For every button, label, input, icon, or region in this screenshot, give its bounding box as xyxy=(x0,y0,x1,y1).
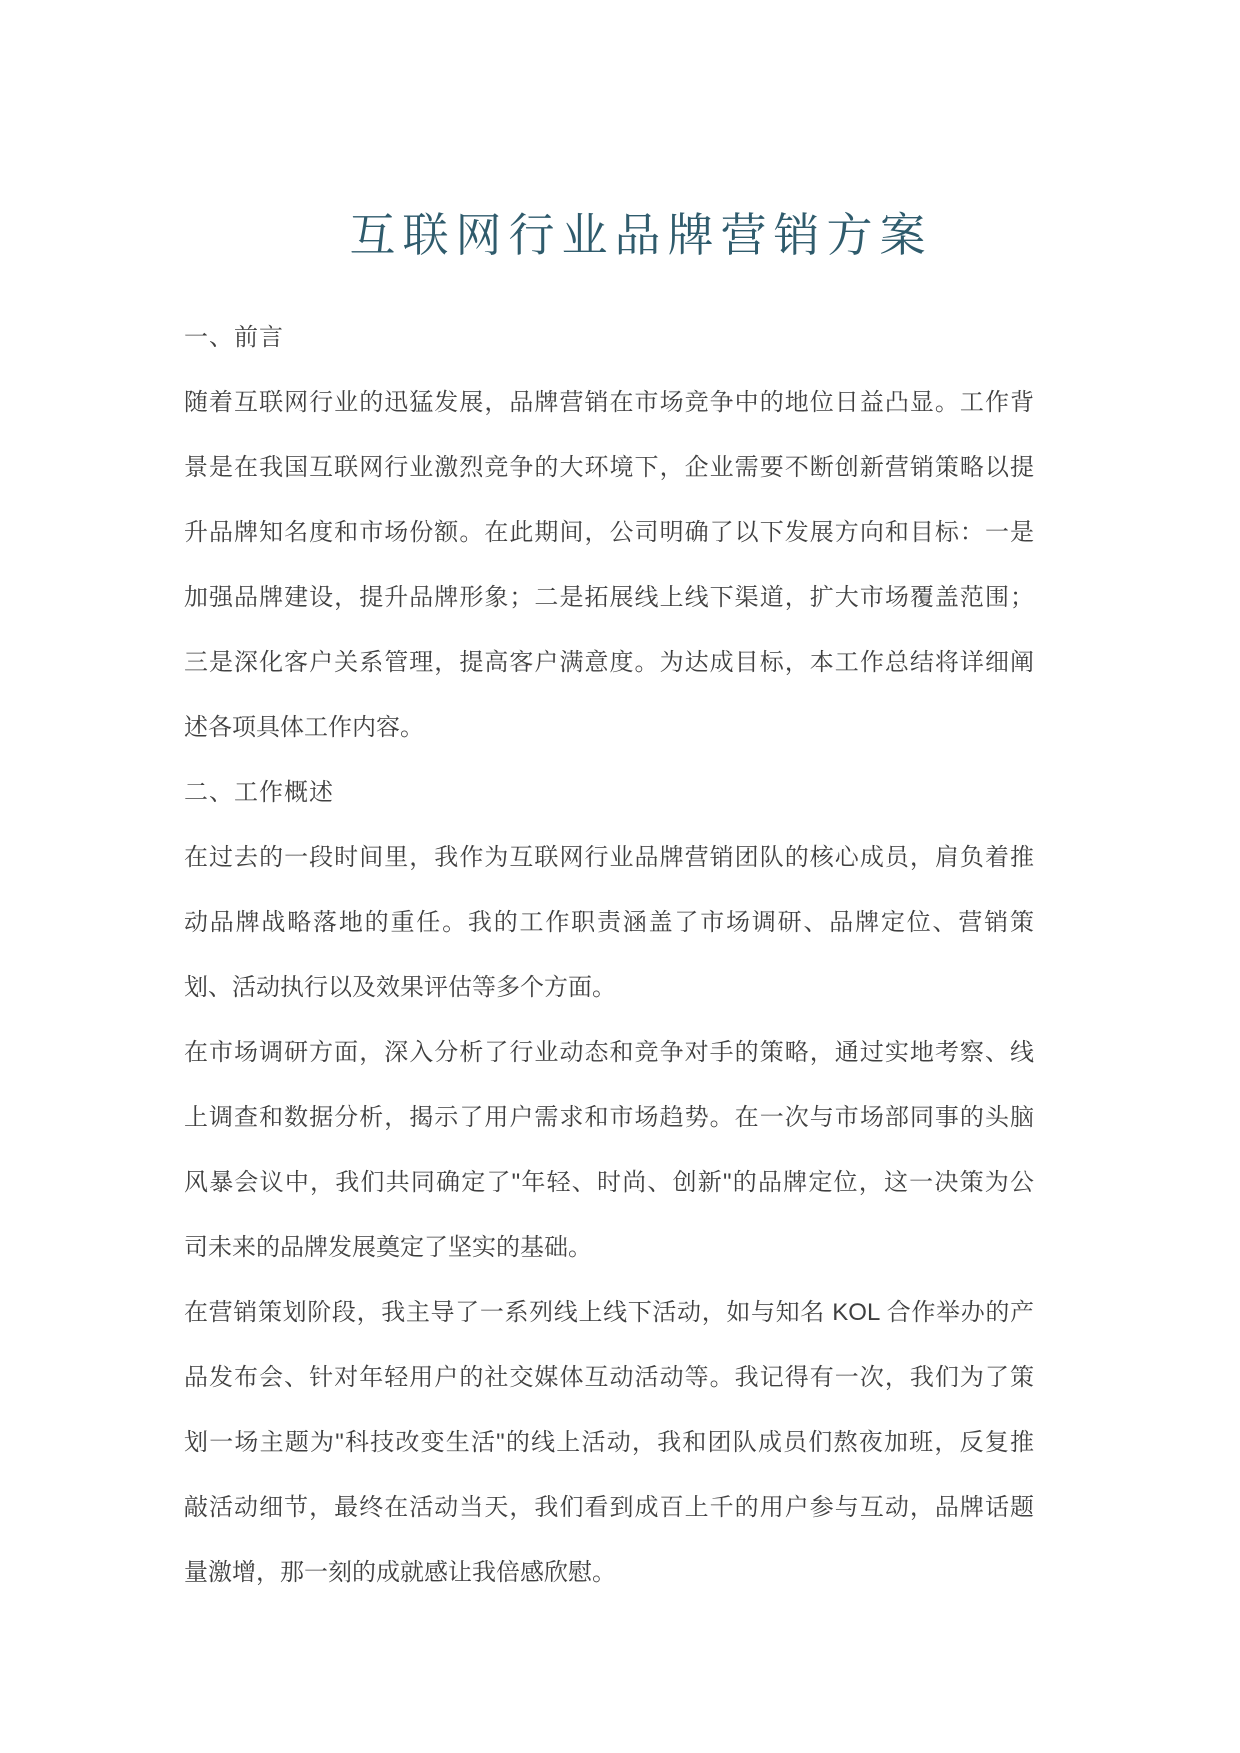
document-body: 一、前言随着互联网行业的迅猛发展，品牌营销在市场竞争中的地位日益凸显。工作背景是… xyxy=(184,305,1034,1605)
text-line: 划、活动执行以及效果评估等多个方面。 xyxy=(184,955,1034,1020)
text-line: 在市场调研方面，深入分析了行业动态和竞争对手的策略，通过实地考察、线 xyxy=(184,1020,1034,1085)
text-line: 动品牌战略落地的重任。我的工作职责涵盖了市场调研、品牌定位、营销策 xyxy=(184,890,1034,955)
text-line: 景是在我国互联网行业激烈竞争的大环境下，企业需要不断创新营销策略以提 xyxy=(184,435,1034,500)
text-line: 在营销策划阶段，我主导了一系列线上线下活动，如与知名 KOL 合作举办的产 xyxy=(184,1280,1034,1345)
text-line: 司未来的品牌发展奠定了坚实的基础。 xyxy=(184,1215,1034,1280)
text-line: 述各项具体工作内容。 xyxy=(184,695,1034,760)
text-line: 风暴会议中，我们共同确定了"年轻、时尚、创新"的品牌定位，这一决策为公 xyxy=(184,1150,1034,1215)
document-page: 互联网行业品牌营销方案 一、前言随着互联网行业的迅猛发展，品牌营销在市场竞争中的… xyxy=(0,0,1240,1753)
document-title: 互联网行业品牌营销方案 xyxy=(216,207,1066,263)
text-line: 加强品牌建设，提升品牌形象；二是拓展线上线下渠道，扩大市场覆盖范围； xyxy=(184,565,1034,630)
text-line: 划一场主题为"科技改变生活"的线上活动，我和团队成员们熬夜加班，反复推 xyxy=(184,1410,1034,1475)
text-line: 敲活动细节，最终在活动当天，我们看到成百上千的用户参与互动，品牌话题 xyxy=(184,1475,1034,1540)
text-line: 上调查和数据分析，揭示了用户需求和市场趋势。在一次与市场部同事的头脑 xyxy=(184,1085,1034,1150)
text-line: 三是深化客户关系管理，提高客户满意度。为达成目标，本工作总结将详细阐 xyxy=(184,630,1034,695)
text-line: 随着互联网行业的迅猛发展，品牌营销在市场竞争中的地位日益凸显。工作背 xyxy=(184,370,1034,435)
text-line: 品发布会、针对年轻用户的社交媒体互动活动等。我记得有一次，我们为了策 xyxy=(184,1345,1034,1410)
section-heading: 一、前言 xyxy=(184,305,1034,370)
section-heading: 二、工作概述 xyxy=(184,760,1034,825)
text-line: 在过去的一段时间里，我作为互联网行业品牌营销团队的核心成员，肩负着推 xyxy=(184,825,1034,890)
text-line: 量激增，那一刻的成就感让我倍感欣慰。 xyxy=(184,1540,1034,1605)
text-line: 升品牌知名度和市场份额。在此期间，公司明确了以下发展方向和目标：一是 xyxy=(184,500,1034,565)
